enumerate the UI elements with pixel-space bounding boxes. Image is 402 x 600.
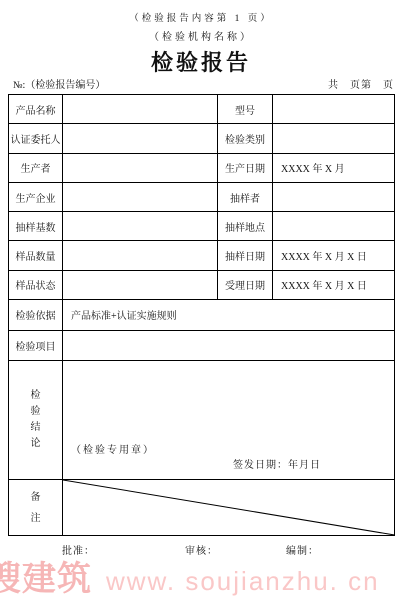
prepared-by-label: 编制： — [286, 542, 319, 557]
signature-line: 批准： 审核： 编制： — [0, 542, 402, 556]
field-label-sampling-date: 抽样日期 — [218, 241, 273, 270]
field-value-certification-client — [63, 124, 218, 153]
field-value-inspection-items — [63, 331, 394, 362]
report-table: 产品名称 型号 认证委托人 检验类别 生产者 生产日期 XXXX 年 X 月 生… — [8, 94, 395, 536]
field-label-manufacturer: 生产企业 — [9, 183, 63, 212]
reviewed-by-label: 审核： — [185, 542, 218, 557]
field-value-sampler — [273, 183, 394, 212]
field-value-inspection-conclusion: （检验专用章） 签发日期：年月日 — [63, 361, 394, 480]
page-count-label: 共 页第 页 — [328, 76, 394, 91]
field-value-production-date: XXXX 年 X 月 — [273, 154, 394, 183]
field-label-sample-status: 样品状态 — [9, 271, 63, 300]
field-label-sampler: 抽样者 — [218, 183, 273, 212]
field-value-model — [273, 95, 394, 124]
seal-placeholder-note: （检验专用章） — [71, 441, 155, 456]
header-agency-name: （检验机构名称） — [0, 28, 402, 43]
report-number-label: №:（检验报告编号） — [13, 76, 105, 91]
approved-by-label: 批准： — [62, 542, 95, 557]
field-label-sampling-location: 抽样地点 — [218, 212, 273, 241]
field-label-acceptance-date: 受理日期 — [218, 271, 273, 300]
report-page: （检验报告内容第 1 页） （检验机构名称） 检验报告 №:（检验报告编号） 共… — [0, 0, 402, 600]
field-label-inspection-category: 检验类别 — [218, 124, 273, 153]
field-label-producer: 生产者 — [9, 154, 63, 183]
field-label-model: 型号 — [218, 95, 273, 124]
issue-date-label: 签发日期：年月日 — [233, 456, 321, 471]
field-label-inspection-items: 检验项目 — [9, 331, 63, 362]
field-label-inspection-conclusion: 检验结论 — [9, 361, 63, 480]
field-label-remark: 备注 — [9, 480, 63, 535]
field-value-producer — [63, 154, 218, 183]
inspection-conclusion-vertical-label: 检验结论 — [31, 388, 41, 452]
field-label-product-name: 产品名称 — [9, 95, 63, 124]
field-value-acceptance-date: XXXX 年 X 月 X 日 — [273, 271, 394, 300]
field-value-inspection-basis: 产品标准+认证实施规则 — [63, 300, 394, 331]
field-value-sampling-date: XXXX 年 X 月 X 日 — [273, 241, 394, 270]
field-label-certification-client: 认证委托人 — [9, 124, 63, 153]
field-label-sampling-base: 抽样基数 — [9, 212, 63, 241]
field-value-sample-quantity — [63, 241, 218, 270]
report-number-line: №:（检验报告编号） 共 页第 页 — [13, 76, 394, 91]
field-value-manufacturer — [63, 183, 218, 212]
field-label-inspection-basis: 检验依据 — [9, 300, 63, 331]
watermark: 搜建筑 www. soujianzhu. cn — [0, 551, 380, 600]
field-label-sample-quantity: 样品数量 — [9, 241, 63, 270]
watermark-site-name: 搜建筑 — [0, 551, 92, 600]
watermark-site-url: www. soujianzhu. cn — [106, 566, 380, 597]
field-value-inspection-category — [273, 124, 394, 153]
field-value-sampling-location — [273, 212, 394, 241]
remark-vertical-label: 备注 — [31, 487, 41, 529]
field-value-product-name — [63, 95, 218, 124]
page-title: 检验报告 — [0, 46, 402, 77]
remark-diagonal-line — [63, 480, 394, 535]
field-value-remark — [63, 480, 394, 535]
field-value-sampling-base — [63, 212, 218, 241]
report-header: （检验报告内容第 1 页） （检验机构名称） 检验报告 — [0, 10, 402, 77]
field-label-production-date: 生产日期 — [218, 154, 273, 183]
header-page-note: （检验报告内容第 1 页） — [0, 10, 402, 24]
field-value-sample-status — [63, 271, 218, 300]
